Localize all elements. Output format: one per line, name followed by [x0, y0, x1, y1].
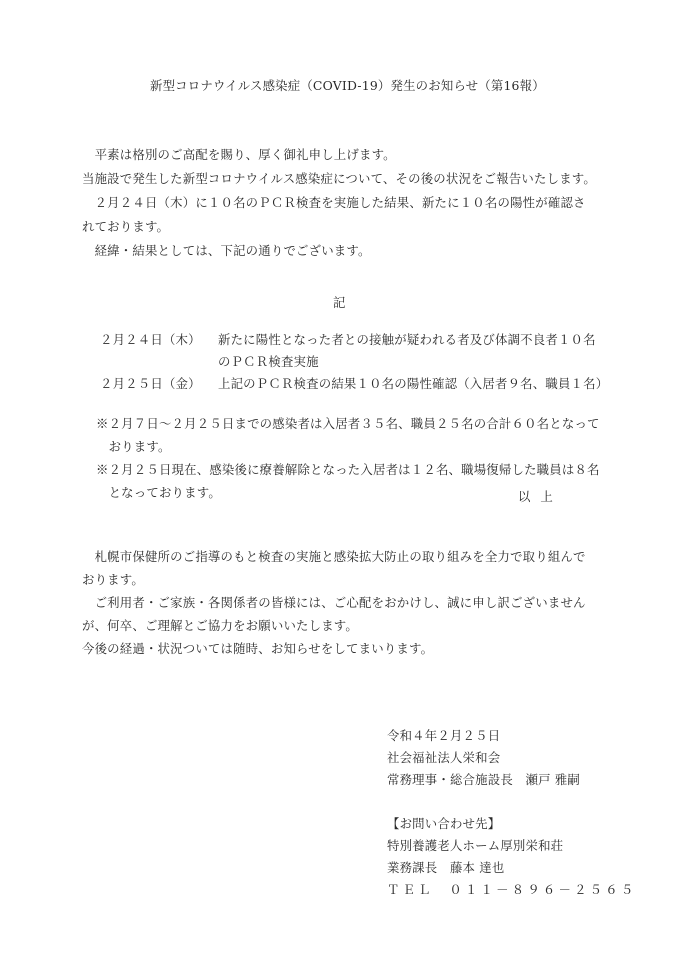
timeline-desc-1a: 新たに陽性となった者との接触が疑われる者及び体調不良者１０名	[218, 334, 596, 346]
closing-ijou: 以上	[518, 491, 563, 503]
contact-person: 業務課長 藤本 達也	[387, 862, 504, 874]
contact-header: 【お問い合わせ先】	[387, 818, 500, 830]
signature-org: 社会福祉法人栄和会	[387, 752, 500, 764]
body2-line-5: 今後の経過・状況ついては随時、お知らせをしてまいります。	[82, 643, 433, 655]
document-title: 新型コロナウイルス感染症（COVID-19）発生のお知らせ（第16報）	[150, 80, 545, 92]
body2-line-1: 札幌市保健所のご指導のもと検査の実施と感染拡大防止の取り組みを全力で取り組んで	[82, 551, 586, 563]
signature-person: 常務理事・総合施設長 瀬戸 雅嗣	[387, 774, 580, 786]
intro-line-3: ２月２４日（木）に１０名のＰＣＲ検査を実施した結果、新たに１０名の陽性が確認さ	[82, 197, 586, 209]
ki-label: 記	[333, 297, 346, 309]
timeline-date-1: ２月２４日（木）	[100, 334, 201, 346]
intro-line-4: れております。	[82, 221, 169, 233]
intro-line-2: 当施設で発生した新型コロナウイルス感染症について、その後の状況をご報告いたします…	[82, 173, 596, 185]
timeline-desc-2: 上記のＰＣＲ検査の結果１０名の陽性確認（入居者９名、職員１名）	[218, 378, 608, 390]
note-line-1: ※２月７日～２月２５日までの感染者は入居者３５名、職員２５名の合計６０名となって	[96, 418, 600, 430]
body2-line-2: おります。	[82, 574, 144, 586]
signature-date: 令和４年２月２５日	[387, 730, 500, 742]
body2-line-3: ご利用者・ご家族・各関係者の皆様には、ご心配をおかけし、誠に申し訳ございません	[82, 597, 586, 609]
body2-line-4: が、何卒、ご理解とご協力をお願いいたします。	[82, 620, 358, 632]
intro-line-5: 経緯・結果としては、下記の通りでございます。	[82, 245, 371, 257]
intro-line-1: 平素は格別のご高配を賜り、厚く御礼申し上げます。	[82, 149, 396, 161]
note-line-3: ※２月２５日現在、感染後に療養解除となった入居者は１２名、職場復帰した職員は８名	[96, 464, 600, 476]
timeline-desc-1b: のＰＣＲ検査実施	[218, 356, 319, 368]
timeline-date-2: ２月２５日（金）	[100, 378, 201, 390]
note-line-4: となっております。	[96, 487, 221, 499]
note-line-2: おります。	[96, 441, 171, 453]
contact-facility: 特別養護老人ホーム厚別栄和荘	[387, 840, 563, 852]
contact-tel: ＴＥＬ ０１１－８９６－２５６５	[387, 884, 636, 896]
